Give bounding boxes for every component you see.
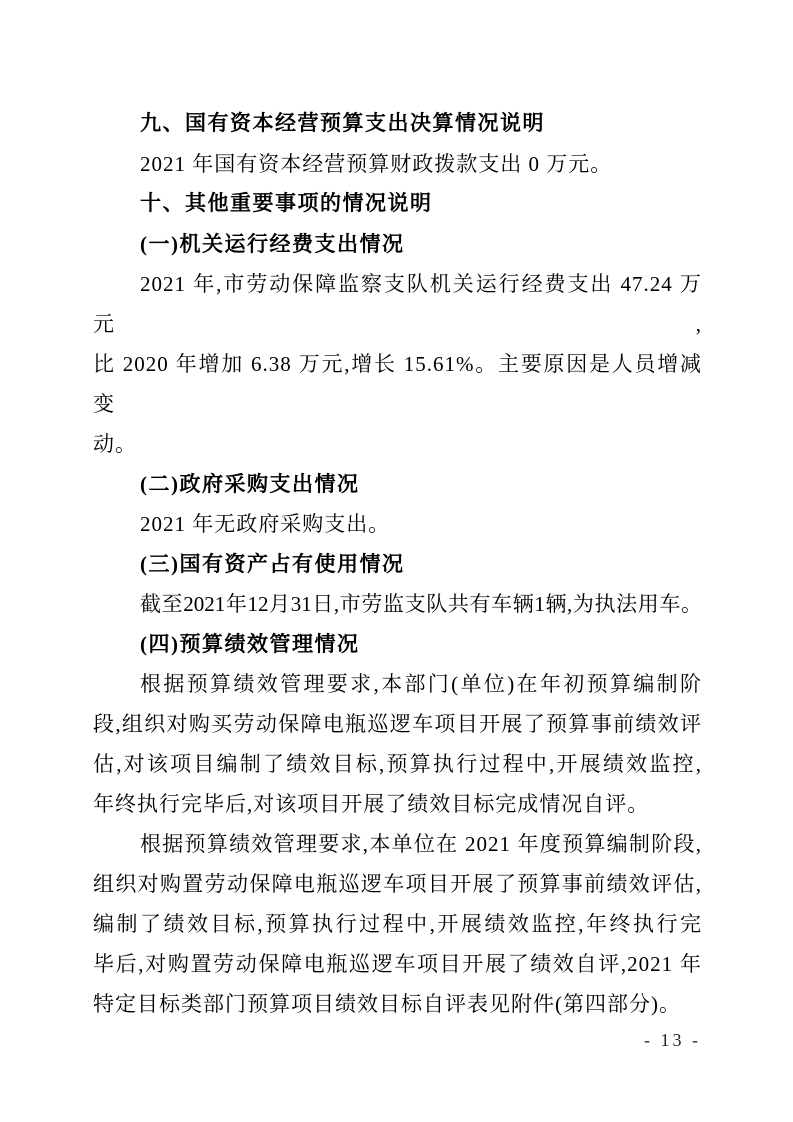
section-heading-10: 十、其他重要事项的情况说明 [93, 184, 702, 224]
subsection-heading-3: (三)国有资产占有使用情况 [93, 544, 702, 584]
paragraph-line: 估,对该项目编制了绩效目标,预算执行过程中,开展绩效监控, [93, 744, 702, 784]
paragraph-line: 组织对购置劳动保障电瓶巡逻车项目开展了预算事前绩效评估, [93, 864, 702, 904]
paragraph-line: 编制了绩效目标,预算执行过程中,开展绩效监控,年终执行完 [93, 904, 702, 944]
page-number: - 13 - [644, 1030, 701, 1051]
paragraph-line: 2021 年,市劳动保障监察支队机关运行经费支出 47.24 万元, [93, 264, 702, 344]
document-page: 九、国有资本经营预算支出决算情况说明 2021 年国有资本经营预算财政拨款支出 … [0, 0, 793, 1122]
paragraph-line: 特定目标类部门预算项目绩效目标自评表见附件(第四部分)。 [93, 984, 702, 1024]
paragraph-line: 根据预算绩效管理要求,本单位在 2021 年度预算编制阶段, [93, 824, 702, 864]
paragraph-line: 2021 年国有资本经营预算财政拨款支出 0 万元。 [93, 144, 702, 184]
paragraph-line: 年终执行完毕后,对该项目开展了绩效目标完成情况自评。 [93, 784, 702, 824]
subsection-heading-1: (一)机关运行经费支出情况 [93, 224, 702, 264]
paragraph-line: 截至2021年12月31日,市劳监支队共有车辆1辆,为执法用车。 [93, 584, 702, 624]
paragraph-line: 比 2020 年增加 6.38 万元,增长 15.61%。主要原因是人员增减变 [93, 344, 702, 424]
subsection-heading-2: (二)政府采购支出情况 [93, 464, 702, 504]
section-heading-9: 九、国有资本经营预算支出决算情况说明 [93, 104, 702, 144]
paragraph-line: 2021 年无政府采购支出。 [93, 504, 702, 544]
paragraph-line: 根据预算绩效管理要求,本部门(单位)在年初预算编制阶 [93, 664, 702, 704]
subsection-heading-4: (四)预算绩效管理情况 [93, 624, 702, 664]
document-body: 九、国有资本经营预算支出决算情况说明 2021 年国有资本经营预算财政拨款支出 … [93, 104, 702, 1024]
paragraph-line: 动。 [93, 424, 702, 464]
paragraph-line: 段,组织对购买劳动保障电瓶巡逻车项目开展了预算事前绩效评 [93, 704, 702, 744]
paragraph-line: 毕后,对购置劳动保障电瓶巡逻车项目开展了绩效自评,2021 年 [93, 944, 702, 984]
